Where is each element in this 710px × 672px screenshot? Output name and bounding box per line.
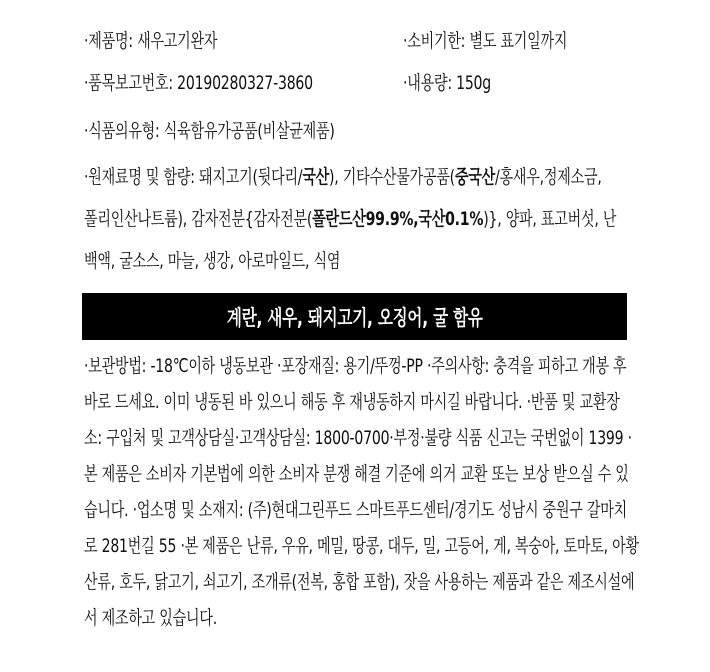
notice-line: 습니다. ·업소명 및 소재지: (주)현대그린푸드 스마트푸드센터/경기도 성… xyxy=(84,497,627,523)
product-name: ·제품명: 새우고기완자 xyxy=(84,28,217,54)
notice-line: 서 제조하고 있습니다. xyxy=(84,605,217,631)
notice-line: 로 281번길 55 ·본 제품은 난류, 우유, 메밀, 땅콩, 대두, 밀,… xyxy=(84,533,639,559)
origin-bold: 중국산 xyxy=(455,166,495,188)
expiry-date: ·소비기한: 별도 표기일까지 xyxy=(403,28,567,54)
report-number: ·품목보고번호: 20190280327-3860 xyxy=(84,70,313,96)
origin-bold: 국산 xyxy=(302,166,329,188)
allergen-text: 계란, 새우, 돼지고기, 오징어, 굴 함유 xyxy=(227,302,483,332)
net-volume: ·내용량: 150g xyxy=(403,70,491,96)
ingredients-line-3: 백액, 굴소스, 마늘, 생강, 아로마일드, 식염 xyxy=(84,248,340,274)
ingredients-line-1: ·원재료명 및 함량: 돼지고기(뒷다리/국산), 기타수산물가공품(중국산/홍… xyxy=(84,164,602,190)
origin-bold: 폴란드산99.9%,국산0.1% xyxy=(312,208,483,230)
ingredients-text: )}, 양파, 표고버섯, 난 xyxy=(483,208,616,230)
allergen-banner: 계란, 새우, 돼지고기, 오징어, 굴 함유 xyxy=(82,293,627,340)
notice-line: 바로 드세요. 이미 냉동된 바 있으니 해동 후 재냉동하지 마시길 바랍니다… xyxy=(84,389,620,415)
notice-line: 본 제품은 소비자 기본법에 의한 소비자 분쟁 해결 기준에 의거 교환 또는… xyxy=(84,461,629,487)
notice-line: 산류, 호두, 닭고기, 쇠고기, 조개류(전복, 홍합 포함), 잣을 사용하… xyxy=(84,569,634,595)
notice-line: ·보관방법: -18℃이하 냉동보관 ·포장재질: 용기/뚜껑-PP ·주의사항… xyxy=(84,353,626,379)
ingredients-text: ), 기타수산물가공품( xyxy=(329,166,455,188)
notice-line: 소: 구입처 및 고객상담실·고객상담실: 1800-0700·부정·불량 식품… xyxy=(84,425,632,451)
ingredients-text: ·원재료명 및 함량: 돼지고기(뒷다리/ xyxy=(84,166,302,188)
ingredients-text: 폴리인산나트륨), 감자전분{감자전분( xyxy=(84,208,312,230)
ingredients-text: /홍새우,정제소금, xyxy=(495,166,602,188)
food-type: ·식품의유형: 식육함유가공품(비살균제품) xyxy=(84,118,335,144)
ingredients-line-2: 폴리인산나트륨), 감자전분{감자전분(폴란드산99.9%,국산0.1%)}, … xyxy=(84,206,616,232)
